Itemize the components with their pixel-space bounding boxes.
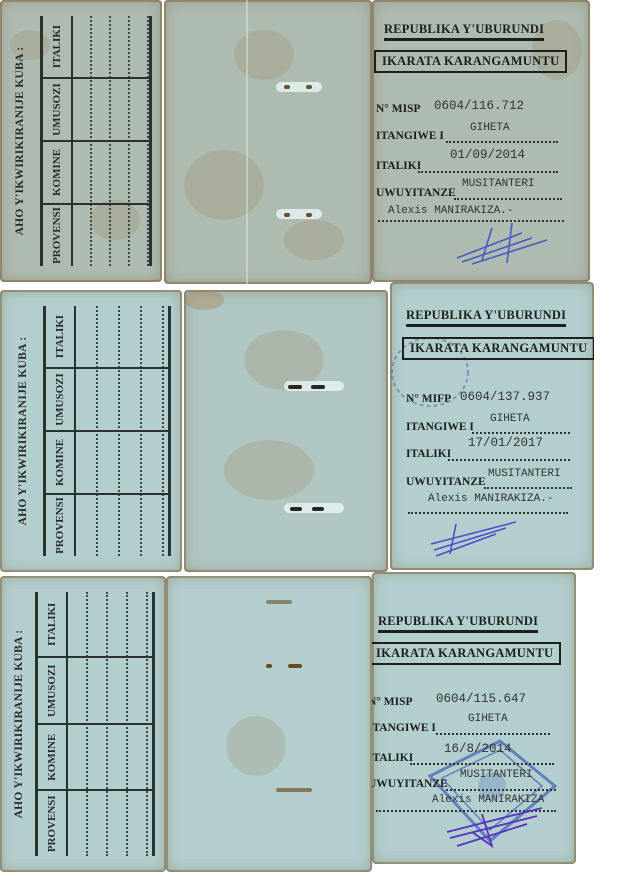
column-provensi: PROVENSI: [46, 495, 74, 556]
table-row: [147, 16, 162, 266]
card-title: IKARATA KARANGAMUNTU: [402, 337, 594, 360]
card-2-back-panel: AHO Y'IKWIRIKIRANIJE KUBA : PROVENSI KOM…: [0, 290, 182, 572]
table-row: [96, 306, 118, 556]
card-title: IKARATA KARANGAMUNTU: [374, 50, 567, 73]
number-value: 0604/137.937: [460, 390, 550, 404]
column-umusozi: UMUSOZI: [43, 79, 71, 142]
staple-hole-icon: [266, 600, 292, 604]
issued-at-label: ITANGIWE I: [372, 722, 436, 734]
staple-slit-icon: [288, 385, 302, 389]
residence-table-title: AHO Y'IKWIRIKIRANIJE KUBA :: [17, 300, 29, 562]
card-title: IKARATA KARANGAMUNTU: [372, 642, 561, 665]
table-row: [90, 16, 109, 266]
column-umusozi: UMUSOZI: [38, 659, 66, 726]
table-row: [162, 306, 182, 556]
issuer-label: UWUYITANZE: [406, 476, 486, 488]
card-3-back-panel: AHO Y'IKWIRIKIRANIJE KUBA : PROVENSI KOM…: [0, 576, 166, 872]
card-1-back-panel: AHO Y'IKWIRIKIRANIJE KUBA : PROVENSI KOM…: [0, 0, 162, 282]
issuer-label: UWUYITANZE: [376, 187, 456, 199]
issuer-title: MUSITANTERI: [462, 178, 535, 190]
table-row: [86, 592, 106, 856]
number-label: N° MISP: [372, 696, 413, 708]
issuer-title: MUSITANTERI: [460, 769, 533, 781]
table-row: [126, 592, 146, 856]
residence-table-title: AHO Y'IKWIRIKIRANIJE KUBA :: [14, 10, 26, 272]
date-value: 01/09/2014: [450, 148, 525, 162]
issued-at-value: GIHETA: [490, 413, 530, 425]
residence-table: PROVENSI KOMINE UMUSOZI ITALIKI: [35, 592, 155, 856]
signature-icon: [452, 218, 562, 268]
staple-hole-icon: [276, 788, 312, 792]
number-label: N° MISP: [376, 103, 421, 115]
table-row: [109, 16, 128, 266]
staple-hole-icon: [266, 664, 272, 668]
column-provensi: PROVENSI: [43, 205, 71, 266]
table-row: [118, 306, 140, 556]
table-row: [66, 592, 86, 856]
date-label: ITALIKI: [406, 448, 451, 460]
column-italiki: ITALIKI: [38, 592, 66, 659]
residence-table: PROVENSI KOMINE UMUSOZI ITALIKI: [40, 16, 152, 266]
republic-heading: REPUBLIKA Y'UBURUNDI: [384, 22, 544, 41]
number-value: 0604/115.647: [436, 692, 526, 706]
staple-slit-icon: [311, 385, 325, 389]
column-italiki: ITALIKI: [46, 306, 74, 369]
republic-heading: REPUBLIKA Y'UBURUNDI: [378, 614, 538, 633]
column-komine: KOMINE: [46, 432, 74, 495]
issuer-name: Alexis MANIRAKIZA.-: [428, 493, 553, 505]
table-row: [128, 16, 147, 266]
column-umusozi: UMUSOZI: [46, 369, 74, 432]
table-row: [74, 306, 96, 556]
issued-at-value: GIHETA: [470, 122, 510, 134]
card-3-middle-page: [166, 576, 372, 872]
issued-at-label: ITANGIWE I: [406, 421, 474, 433]
column-italiki: ITALIKI: [43, 16, 71, 79]
signature-icon: [442, 802, 552, 850]
date-value: 16/8/2014: [444, 742, 512, 756]
staple-slit-icon: [312, 507, 324, 511]
residence-table-title: AHO Y'IKWIRIKIRANIJE KUBA :: [13, 586, 25, 862]
number-value: 0604/116.712: [434, 99, 524, 113]
issuer-name: Alexis MANIRAKIZA.-: [388, 205, 513, 217]
date-label: ITALIKI: [372, 752, 413, 764]
issued-at-label: ITANGIWE I: [376, 130, 444, 142]
column-komine: KOMINE: [43, 142, 71, 205]
staple-slit-icon: [290, 507, 302, 511]
card-2-middle-page: [184, 290, 388, 572]
staple-hole-icon: [288, 664, 302, 668]
card-1-id-panel: REPUBLIKA Y'UBURUNDI IKARATA KARANGAMUNT…: [372, 0, 590, 282]
staple-hole-icon: [306, 85, 312, 89]
issuer-label: UWUYITANZE: [372, 778, 448, 790]
issued-at-value: GIHETA: [468, 713, 508, 725]
issuer-title: MUSITANTERI: [488, 468, 561, 480]
table-row: [71, 16, 90, 266]
table-row: [140, 306, 162, 556]
column-komine: KOMINE: [38, 725, 66, 792]
number-label: N° MIFP: [406, 393, 451, 405]
residence-table: PROVENSI KOMINE UMUSOZI ITALIKI: [43, 306, 171, 556]
staple-hole-icon: [284, 213, 290, 217]
card-1-middle-page: [164, 0, 372, 284]
table-row: [146, 592, 166, 856]
date-label: ITALIKI: [376, 160, 421, 172]
staple-hole-icon: [306, 213, 312, 217]
republic-heading: REPUBLIKA Y'UBURUNDI: [406, 308, 566, 327]
card-2-id-panel: REPUBLIKA Y'UBURUNDI IKARATA KARANGAMUNT…: [390, 282, 594, 570]
staple-hole-icon: [284, 85, 290, 89]
table-row: [106, 592, 126, 856]
signature-icon: [426, 514, 526, 558]
card-3-id-panel: REPUBLIKA Y'UBURUNDI IKARATA KARANGAMUNT…: [372, 572, 576, 864]
date-value: 17/01/2017: [468, 436, 543, 450]
column-provensi: PROVENSI: [38, 792, 66, 857]
